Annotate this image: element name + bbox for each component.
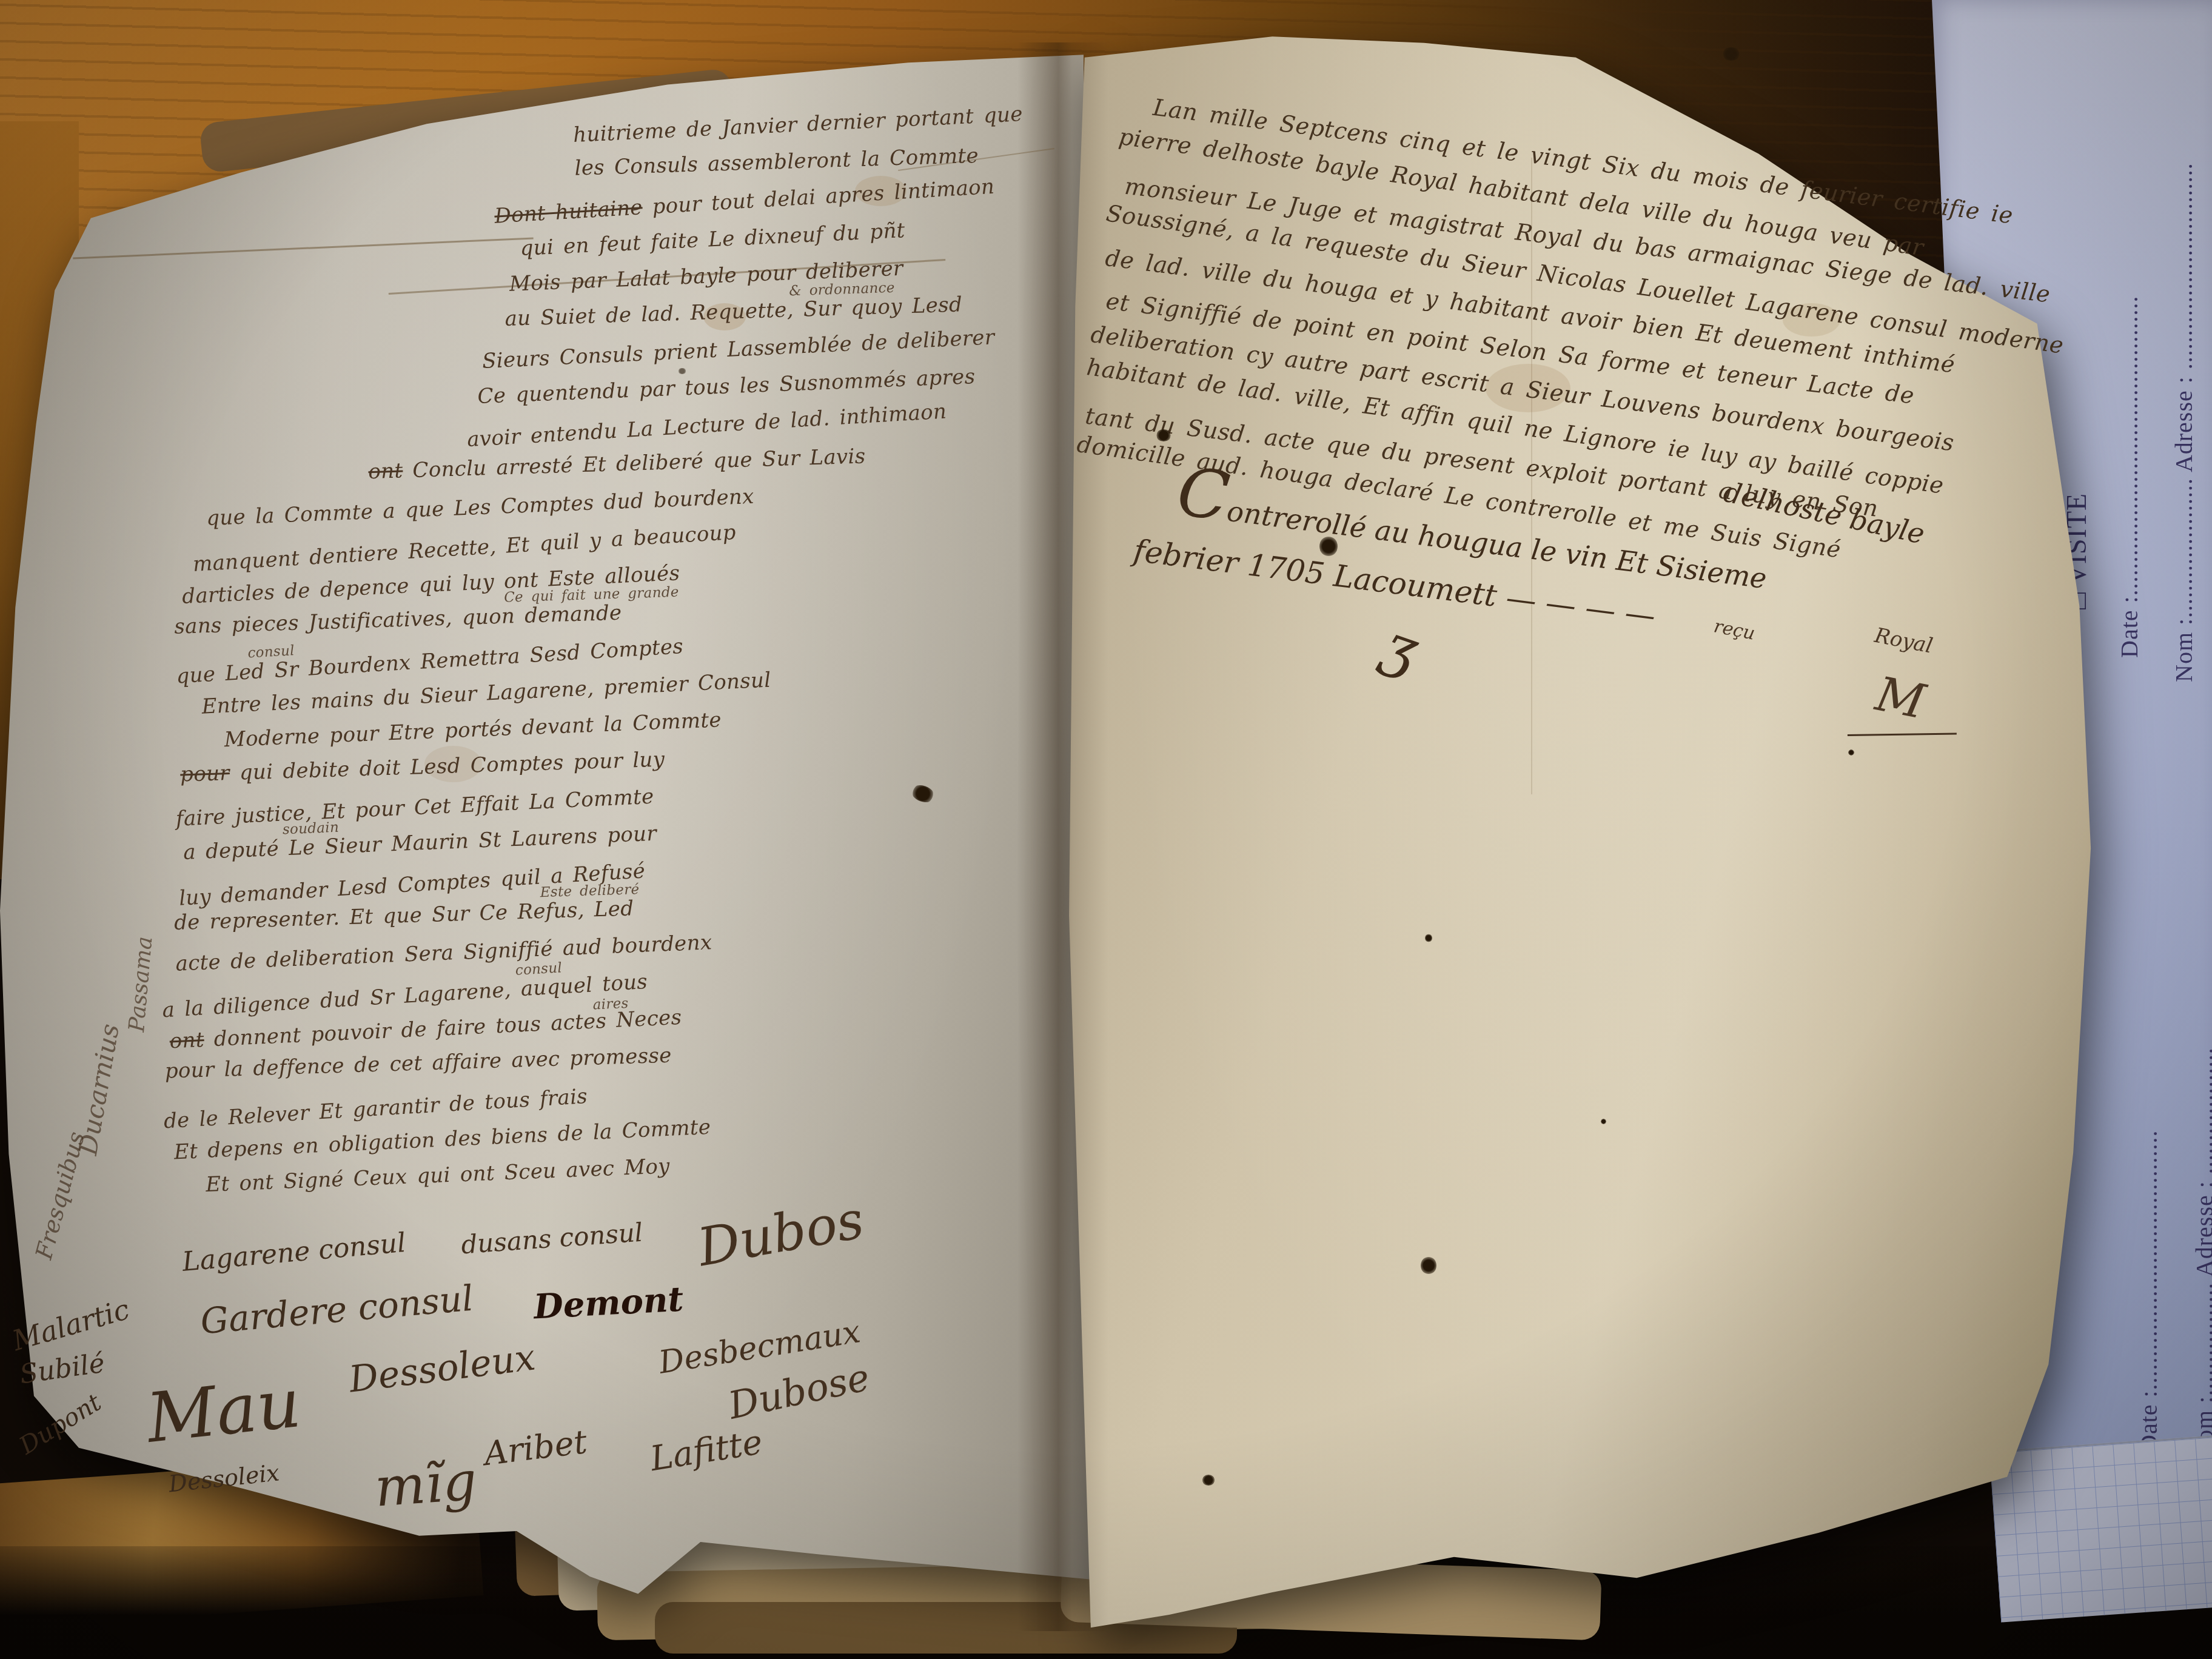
ink-speck: [1848, 749, 1854, 756]
ink-blot: [1202, 1475, 1215, 1486]
interline-note: consul: [515, 960, 563, 979]
interline-note: aires: [592, 996, 629, 1013]
signature: Demont: [532, 1279, 685, 1327]
form-field-date-2: Date :..................................…: [2134, 1130, 2163, 1452]
form-field-nom-adresse-1: Nom :..................... Adresse : ...…: [2170, 163, 2198, 682]
form-field-date-1: Date :..................................…: [2115, 295, 2143, 658]
interline-note: soudain: [282, 820, 339, 838]
ink-smudge: [1722, 47, 1740, 61]
left-page-text-block: huitrieme de Janvier dernier portant que…: [155, 102, 1107, 1210]
form-field-nom-adresse-2: Nom :................. Adresse : .......…: [2190, 1047, 2212, 1460]
ink-speck: [1601, 1119, 1606, 1124]
interline-note: Este deliberé: [540, 882, 639, 900]
ink-blot: [1421, 1256, 1436, 1275]
ink-blot: [1319, 536, 1338, 557]
signature-monogram: M: [1871, 667, 1929, 730]
signature-paraph: mĩg: [373, 1449, 479, 1518]
photo-of-manuscript: □ VISITE Date :.........................…: [0, 0, 2212, 1659]
ink-speck: [1425, 934, 1432, 942]
ink-speck: [678, 368, 686, 374]
interline-note: & ordonnance: [789, 280, 895, 299]
ink-blot: [1156, 429, 1171, 441]
signature: Mau: [143, 1364, 304, 1458]
interline-note: consul: [247, 643, 295, 662]
